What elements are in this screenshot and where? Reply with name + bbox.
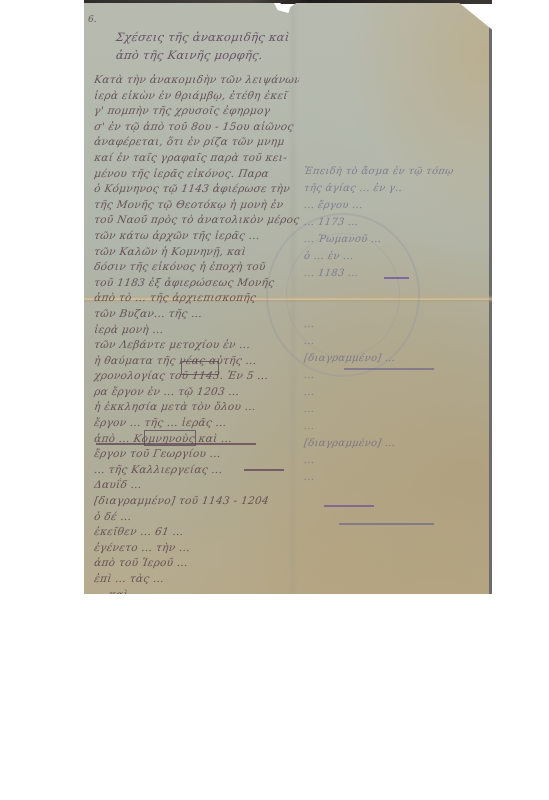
text-line: ἡ ἐκκλησία μετὰ τὸν ὅλου ... <box>93 400 300 416</box>
text-line: τῶν κάτω ἀρχῶν τῆς ἱερᾶς ... <box>93 229 300 245</box>
annotation-line: τῆς ἀγίας ... ἐν γ.. <box>303 180 485 197</box>
annotation-underline <box>384 277 409 279</box>
annotation-line: [διαγραμμένο] ... <box>303 350 485 367</box>
text-line: ἀπὸ τοῦ Ἱεροῦ ... <box>93 556 300 572</box>
annotation-line: ... 1173 ... <box>303 214 485 231</box>
annotation-line: ... <box>303 384 485 401</box>
text-line: ἐν ἔργῳ ... τὰς ... <box>93 603 300 619</box>
text-line: σ' ἐν τῷ ἀπὸ τοῦ 8ου - 15ου αἰῶνος <box>93 120 300 136</box>
annotation-line <box>303 282 485 299</box>
text-line: ἱερὰ εἰκὼν ἐν θριάμβῳ, ἐτέθη ἐκεῖ <box>93 89 300 105</box>
annotation-line: ... 1183 ... <box>303 265 485 282</box>
text-line: γ' πομπὴν τῆς χρυσοῖς ἐφηρμογ <box>93 104 300 120</box>
annotation-line: Ἐπειδὴ τὸ ἄσμα ἐν τῷ τόπῳ <box>303 163 485 180</box>
right-column-annotations: Ἐπειδὴ τὸ ἄσμα ἐν τῷ τόπῳ τῆς ἀγίας ... … <box>304 163 484 486</box>
text-line: ἐπὶ ... τὰς ... <box>93 572 300 588</box>
annotation-underline <box>339 523 434 525</box>
text-line: δόσιν τῆς εἰκόνος ἡ ἐποχὴ τοῦ <box>93 260 300 276</box>
annotation-line: ὁ ... ἐν ... <box>303 248 485 265</box>
text-line: [διαγραμμένο] τοῦ 1143 - 1204 <box>93 494 300 510</box>
text-line: ταῖς ... τοῦ ἀδελφοῦ ... <box>93 619 300 635</box>
annotation-line: ... <box>303 401 485 418</box>
text-line: τῶν ἀνθρώπων. <box>93 634 300 650</box>
text-line: ἱερὰ μονὴ ... <box>93 323 300 339</box>
page-number: 6. <box>88 15 97 25</box>
text-line: τοῦ 1183 ἐξ ἀφιερώσεως Μονῆς <box>93 276 300 292</box>
annotation-line: ... ἔργου ... <box>303 197 485 214</box>
crossed-out-box <box>144 430 196 446</box>
annotation-line: ... <box>303 469 485 486</box>
text-line: καί ἐν ταῖς γραφαῖς παρὰ τοῦ κει- <box>93 151 300 167</box>
text-line: ὁ δέ ... <box>93 510 300 526</box>
annotation-underline <box>344 368 434 370</box>
text-line: ἀπὸ τὸ ... τῆς ἀρχιεπισκοπῆς <box>93 291 300 307</box>
text-line: ἀπὸ ... Κομνηνοὺς καὶ ... <box>93 432 300 448</box>
text-line: τῶν Βυζαν... τῆς ... <box>93 307 300 323</box>
text-line: τῆς Μονῆς τῷ Θεοτόκῳ ἡ μονὴ ἐν <box>93 198 300 214</box>
annotation-line: ... <box>303 418 485 435</box>
annotation-line: ... <box>303 333 485 350</box>
document-heading: Σχέσεις τῆς ἀνακομιδῆς καὶ ἀπὸ τῆς Καινῆ… <box>116 28 290 64</box>
annotation-line: ... <box>303 316 485 333</box>
text-line: ρα ἔργον ἐν ... τῷ 1203 ... <box>93 385 300 401</box>
text-line: ἐκεῖθεν ... 61 ... <box>93 525 300 541</box>
text-line: ἔργον τοῦ Γεωργίου ... <box>93 447 300 463</box>
text-line: Δαυΐδ ... <box>93 478 300 494</box>
text-line: ἐγένετο ... τὴν ... <box>93 541 300 557</box>
annotation-line: [διαγραμμένο] ... <box>303 435 485 452</box>
annotation-line <box>303 299 485 316</box>
manuscript-page: 6. Σχέσεις τῆς ἀνακομιδῆς καὶ ἀπὸ τῆς Κα… <box>84 3 492 594</box>
text-line: Κατὰ τὴν ἀνακομιδὴν τῶν λειψάνων ἡ <box>93 73 300 89</box>
heading-line: ἀπὸ τῆς Καινῆς μορφῆς. <box>115 46 291 64</box>
text-line: τῶν Καλῶν ἡ Κομνηνῇ, καὶ <box>93 245 300 261</box>
text-line: ὁ Κόμνηνος τῷ 1143 ἀφιέρωσε τὴν <box>93 182 300 198</box>
text-line: μένου τῆς ἱερᾶς εἰκόνος. Παρα <box>93 167 300 183</box>
annotation-underline <box>324 505 374 507</box>
boxed-date-annotation <box>181 361 219 375</box>
text-line: τῶν Λεβάντε μετοχίου ἐν ... <box>93 338 300 354</box>
text-line: ... τῆς Καλλιεργείας ... <box>93 463 300 479</box>
text-line: ... καὶ ... <box>93 588 300 604</box>
strikethrough-line <box>244 469 284 471</box>
annotation-line: ... <box>303 452 485 469</box>
annotation-line: ... Ῥωμανοῦ ... <box>303 231 485 248</box>
annotation-line: ... <box>303 367 485 384</box>
heading-line: Σχέσεις τῆς ἀνακομιδῆς καὶ <box>115 28 291 46</box>
text-line: ἔργον ... τῆς ... ἱερᾶς ... <box>93 416 300 432</box>
text-line: ἀναφέρεται, ὅτι ἐν ρίζα τῶν μνημ <box>93 135 300 151</box>
text-line: τοῦ Ναοῦ πρὸς τὸ ἀνατολικὸν μέρος <box>93 213 300 229</box>
